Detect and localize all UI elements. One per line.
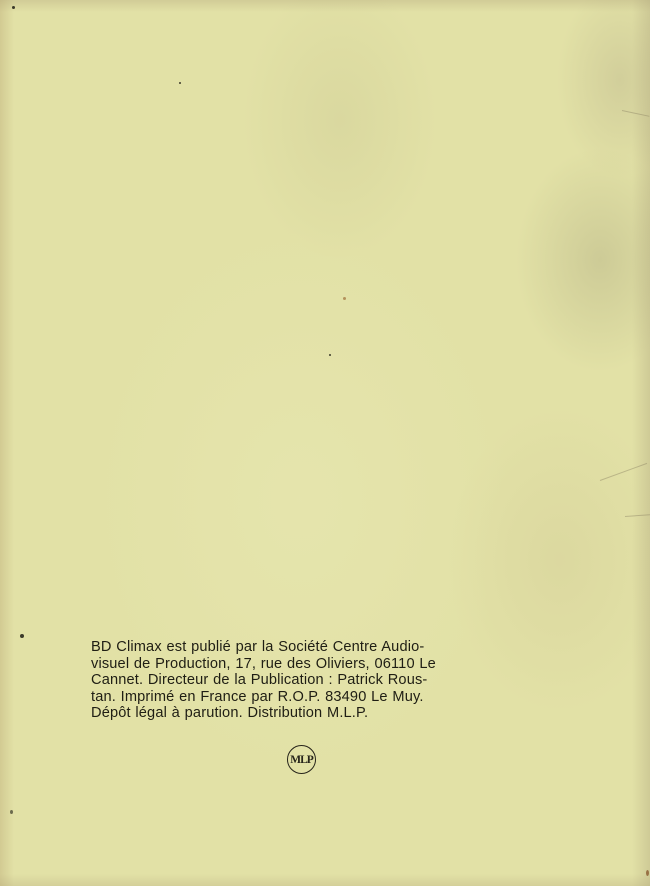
imprint-line: visuel de Production, 17, rue des Olivie… xyxy=(91,656,561,673)
paper-speck xyxy=(329,354,331,356)
imprint-line: Dépôt légal à parution. Distribution M.L… xyxy=(91,705,561,722)
paper-crease xyxy=(625,514,650,517)
paper-crease xyxy=(622,110,650,117)
paper-speck xyxy=(20,634,24,638)
publisher-imprint: BD Climax est publié par la Société Cent… xyxy=(91,639,561,722)
mlp-circle-logo-icon: MLP xyxy=(287,745,316,774)
back-cover-page: BD Climax est publié par la Société Cent… xyxy=(0,0,650,886)
paper-speck xyxy=(12,6,15,9)
paper-crease xyxy=(600,463,647,481)
paper-speck xyxy=(646,870,649,876)
imprint-line: tan. Imprimé en France par R.O.P. 83490 … xyxy=(91,689,561,706)
paper-speck xyxy=(343,297,346,300)
logo-text: MLP xyxy=(290,754,313,766)
imprint-line: BD Climax est publié par la Société Cent… xyxy=(91,639,561,656)
imprint-line: Cannet. Directeur de la Publication : Pa… xyxy=(91,672,561,689)
paper-speck xyxy=(10,810,13,814)
paper-speck xyxy=(179,82,181,84)
